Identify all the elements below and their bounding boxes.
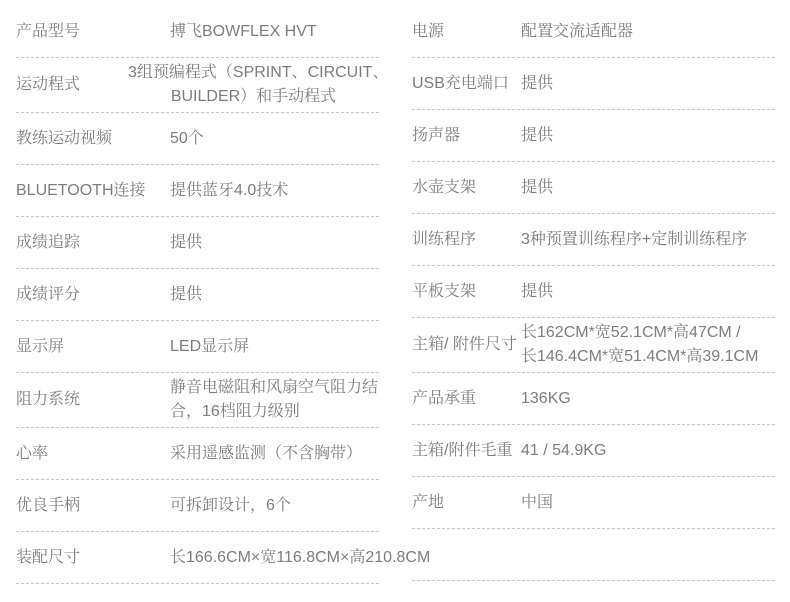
spec-label: 训练程序 bbox=[412, 228, 521, 252]
spec-value: 提供 bbox=[521, 280, 775, 304]
spec-label: 优良手柄 bbox=[16, 494, 170, 518]
spec-column-right: 电源 配置交流适配器 USB充电端口 提供 扬声器 提供 水壶支架 提供 训练程… bbox=[412, 6, 775, 584]
spec-value: 136KG bbox=[521, 387, 775, 411]
spec-row-origin: 产地 中国 bbox=[412, 477, 775, 529]
spec-row-power: 电源 配置交流适配器 bbox=[412, 6, 775, 58]
spec-row-gross-weight: 主箱/附件毛重 41 / 54.9KG bbox=[412, 425, 775, 477]
spec-label: 教练运动视频 bbox=[16, 127, 170, 151]
spec-label: 成绩追踪 bbox=[16, 231, 170, 255]
spec-row-assembled-dimensions: 装配尺寸 长166.6CM×宽116.8CM×高210.8CM bbox=[16, 532, 379, 584]
spec-row-tablet-holder: 平板支架 提供 bbox=[412, 266, 775, 318]
spec-value: 配置交流适配器 bbox=[521, 20, 775, 44]
spec-row-bottle-holder: 水壶支架 提供 bbox=[412, 162, 775, 214]
spec-value: 3组预编程式（SPRINT、CIRCUIT、 BUILDER）和手动程式 bbox=[128, 61, 379, 109]
spec-label: 主箱/附件毛重 bbox=[412, 439, 521, 463]
spec-value: 可拆卸设计，6个 bbox=[170, 494, 379, 518]
spec-label: 产地 bbox=[412, 491, 521, 515]
spec-row-training-programs: 训练程序 3种预置训练程序+定制训练程序 bbox=[412, 214, 775, 266]
spec-value: LED显示屏 bbox=[170, 335, 379, 359]
spec-value: 静音电磁阻和风扇空气阻力结 合，16档阻力级别 bbox=[170, 376, 379, 424]
spec-label: USB充电端口 bbox=[412, 72, 521, 96]
spec-value: 长166.6CM×宽116.8CM×高210.8CM bbox=[170, 546, 379, 570]
spec-value: 搏飞BOWFLEX HVT bbox=[170, 20, 379, 44]
spec-row-results-tracking: 成绩追踪 提供 bbox=[16, 217, 379, 269]
spec-row-max-user-weight: 产品承重 136KG bbox=[412, 373, 775, 425]
spec-label: BLUETOOTH连接 bbox=[16, 179, 170, 203]
spec-value: 提供 bbox=[521, 176, 775, 200]
spec-value: 3种预置训练程序+定制训练程序 bbox=[521, 228, 775, 252]
spec-value: 50个 bbox=[170, 127, 379, 151]
spec-value: 提供蓝牙4.0技术 bbox=[170, 179, 379, 203]
spec-label: 显示屏 bbox=[16, 335, 170, 359]
spec-value: 41 / 54.9KG bbox=[521, 439, 775, 463]
spec-column-left: 产品型号 搏飞BOWFLEX HVT 运动程式 3组预编程式（SPRINT、CI… bbox=[16, 6, 379, 584]
spec-row-speaker: 扬声器 提供 bbox=[412, 110, 775, 162]
spec-label: 心率 bbox=[16, 442, 170, 466]
spec-label: 产品型号 bbox=[16, 20, 170, 44]
spec-row-display: 显示屏 LED显示屏 bbox=[16, 321, 379, 373]
spec-value: 提供 bbox=[170, 231, 379, 255]
spec-row-bluetooth: BLUETOOTH连接 提供蓝牙4.0技术 bbox=[16, 165, 379, 217]
spec-value: 提供 bbox=[170, 283, 379, 307]
spec-label: 主箱/ 附件尺寸 bbox=[412, 333, 521, 357]
spec-value: 提供 bbox=[521, 72, 775, 96]
spec-value: 提供 bbox=[521, 124, 775, 148]
spec-row-workout-programs: 运动程式 3组预编程式（SPRINT、CIRCUIT、 BUILDER）和手动程… bbox=[16, 58, 379, 113]
spec-label: 扬声器 bbox=[412, 124, 521, 148]
spec-row-empty bbox=[412, 529, 775, 581]
spec-label: 装配尺寸 bbox=[16, 546, 170, 570]
spec-value: 中国 bbox=[521, 491, 775, 515]
spec-row-resistance-system: 阻力系统 静音电磁阻和风扇空气阻力结 合，16档阻力级别 bbox=[16, 373, 379, 428]
spec-label: 平板支架 bbox=[412, 280, 521, 304]
spec-value: 采用遥感监测（不含胸带） bbox=[170, 442, 379, 466]
spec-label: 阻力系统 bbox=[16, 388, 170, 412]
spec-row-usb-port: USB充电端口 提供 bbox=[412, 58, 775, 110]
spec-label: 电源 bbox=[412, 20, 521, 44]
spec-row-heart-rate: 心率 采用遥感监测（不含胸带） bbox=[16, 428, 379, 480]
product-spec-table: 产品型号 搏飞BOWFLEX HVT 运动程式 3组预编程式（SPRINT、CI… bbox=[0, 0, 790, 584]
spec-row-box-accessory-dimensions: 主箱/ 附件尺寸 长162CM*宽52.1CM*高47CM / 长146.4CM… bbox=[412, 318, 775, 373]
spec-label: 水壶支架 bbox=[412, 176, 521, 200]
spec-row-trainer-videos: 教练运动视频 50个 bbox=[16, 113, 379, 165]
spec-label: 产品承重 bbox=[412, 387, 521, 411]
spec-label: 成绩评分 bbox=[16, 283, 170, 307]
spec-row-results-rating: 成绩评分 提供 bbox=[16, 269, 379, 321]
spec-row-handles: 优良手柄 可拆卸设计，6个 bbox=[16, 480, 379, 532]
spec-value: 长162CM*宽52.1CM*高47CM / 长146.4CM*宽51.4CM*… bbox=[521, 321, 775, 369]
spec-row-product-model: 产品型号 搏飞BOWFLEX HVT bbox=[16, 6, 379, 58]
